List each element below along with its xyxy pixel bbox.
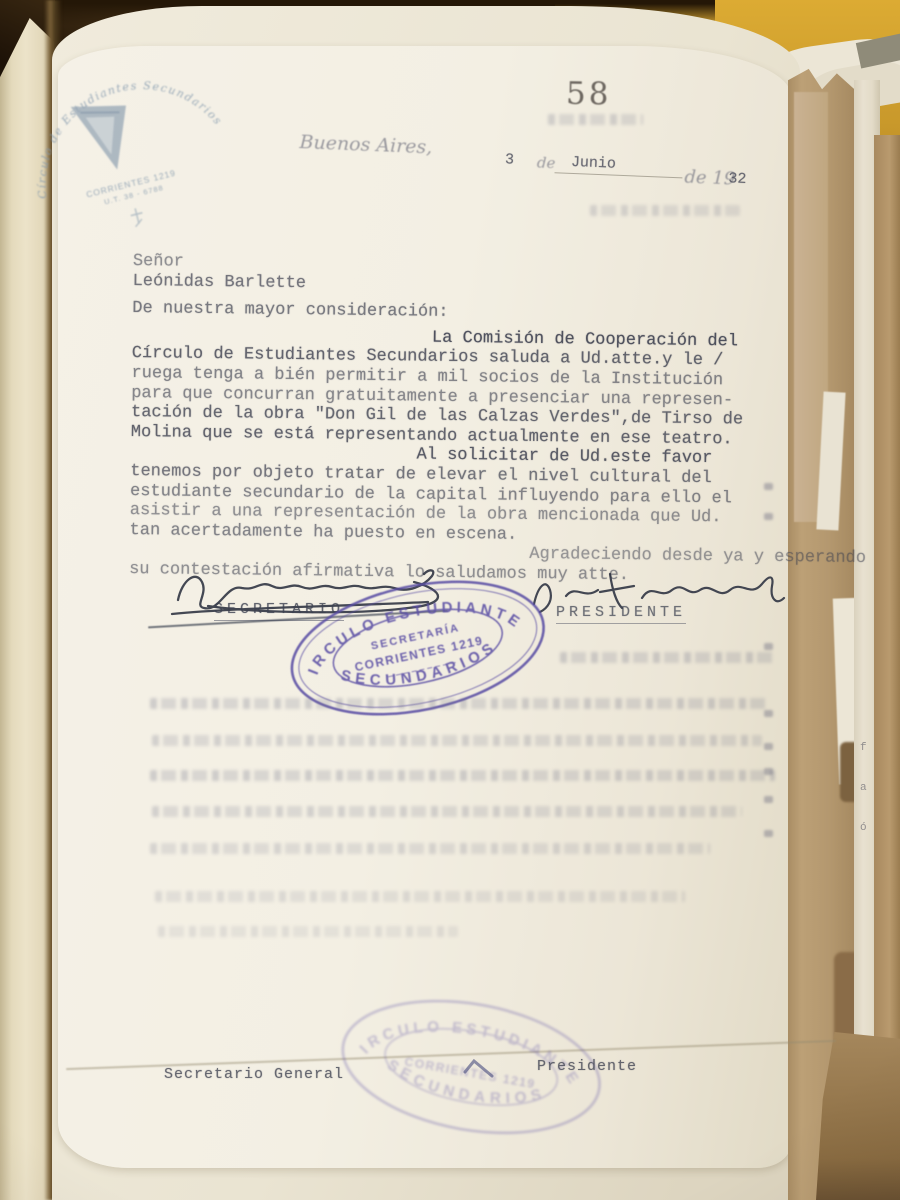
dateline-place: Buenos Aires, bbox=[299, 131, 433, 158]
bleed-through-text-line bbox=[152, 735, 762, 746]
bleed-through-text-line bbox=[560, 652, 775, 663]
bleed-through-text-line bbox=[155, 891, 685, 902]
footer-secretary-title: Secretario General bbox=[164, 1066, 344, 1083]
dateline-month: Junio bbox=[571, 154, 617, 173]
footer-president-title: Presidente bbox=[537, 1058, 637, 1075]
bleed-through-text-line bbox=[150, 843, 710, 854]
dateline-day: 3 bbox=[505, 151, 515, 168]
pen-check-mark bbox=[462, 1056, 496, 1082]
bleed-through-text-line bbox=[150, 770, 775, 781]
margin-mark bbox=[764, 743, 773, 750]
margin-mark bbox=[764, 643, 773, 650]
margin-mark bbox=[764, 710, 773, 717]
bleed-through-text-line bbox=[158, 926, 458, 937]
letter-body: Señor Leónidas Barlette De nuestra mayor… bbox=[129, 252, 870, 588]
margin-mark bbox=[764, 796, 773, 803]
president-title: PRESIDENTE bbox=[556, 604, 686, 624]
page-number: 58 bbox=[566, 76, 612, 113]
bleed-through-text-line bbox=[150, 698, 770, 709]
bleed-through-text-line bbox=[152, 806, 742, 817]
edge-text-fragment: f bbox=[860, 742, 867, 754]
margin-mark bbox=[764, 768, 773, 775]
dateline-year: 32 bbox=[728, 170, 747, 188]
dateline-de: de bbox=[537, 154, 556, 173]
margin-mark bbox=[764, 830, 773, 837]
bleed-through-text-line bbox=[590, 205, 740, 216]
letterhead-anchor-icon bbox=[129, 207, 145, 227]
margin-mark bbox=[764, 483, 773, 490]
edge-text-fragment: a bbox=[860, 782, 867, 794]
edge-text-fragment: ó bbox=[860, 822, 867, 834]
dateline-rule bbox=[555, 172, 683, 178]
bleed-through-text-line bbox=[548, 114, 643, 125]
margin-mark bbox=[764, 513, 773, 520]
archive-photo: f a ó Círculo de Estudiantes Secundarios… bbox=[0, 0, 900, 1200]
